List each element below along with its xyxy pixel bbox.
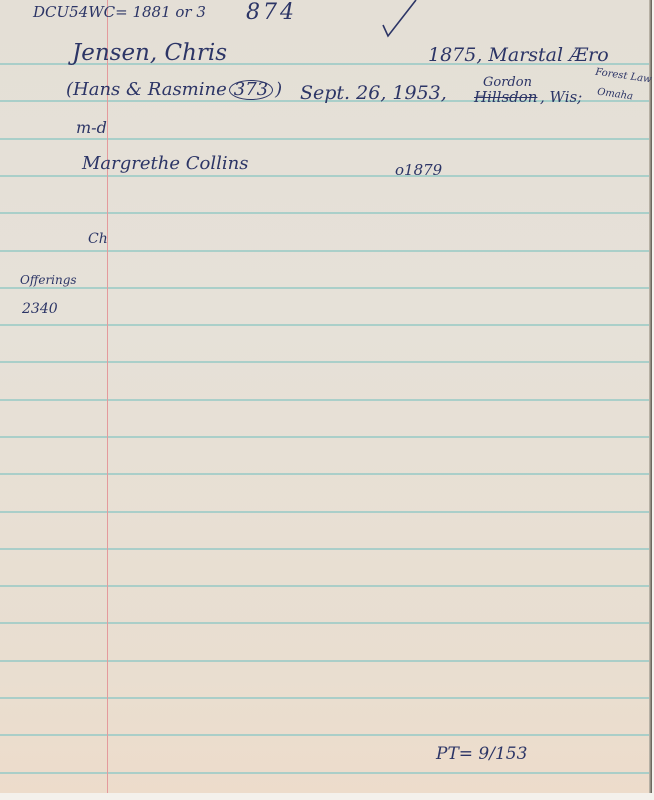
rule-line <box>0 548 652 550</box>
parents-close: ) <box>275 79 282 100</box>
death-date: Sept. 26, 1953, <box>300 84 447 103</box>
death-place-struck: Hillsdon <box>474 90 537 105</box>
page-edge-shadow <box>649 0 652 793</box>
spouse-name: Margrethe Collins <box>82 155 248 173</box>
rule-line <box>0 772 652 774</box>
parents-reference-circled: 373 <box>229 80 273 100</box>
header-code: DCU54WC= 1881 or 3 <box>33 5 206 20</box>
person-name: Jensen, Chris <box>72 42 227 65</box>
margin-note: Offerings <box>20 274 77 286</box>
children-label: Ch <box>88 232 108 246</box>
spouse-birth: o1879 <box>395 163 442 178</box>
birth-info: 1875, Marstal Æro <box>428 46 609 65</box>
rule-line <box>0 324 652 326</box>
rule-line <box>0 212 652 214</box>
record-number: 874 <box>246 2 297 24</box>
footer-note: PT= 9/153 <box>436 746 527 763</box>
rule-line <box>0 399 652 401</box>
parents-line: (Hans & Rasmine373) <box>66 80 282 100</box>
rule-line <box>0 697 652 699</box>
rule-line <box>0 585 652 587</box>
married-label: m-d <box>76 120 107 136</box>
rule-line <box>0 138 652 140</box>
burial-cemetery: Forest Lawn <box>595 68 652 87</box>
rule-line <box>0 473 652 475</box>
margin-note-number: 2340 <box>22 302 58 316</box>
rule-line <box>0 175 652 177</box>
notebook-page: DCU54WC= 1881 or 3 874 Jensen, Chris 187… <box>0 0 652 793</box>
rule-line <box>0 734 652 736</box>
rule-line <box>0 287 652 289</box>
red-margin-line <box>107 0 108 793</box>
rule-line <box>0 361 652 363</box>
rule-line <box>0 511 652 513</box>
death-state: , Wis; <box>540 90 582 105</box>
checkmark-icon <box>380 0 420 40</box>
rule-line <box>0 436 652 438</box>
rule-line <box>0 622 652 624</box>
parents-names: (Hans & Rasmine <box>66 79 227 100</box>
rule-line <box>0 250 652 252</box>
rule-line <box>0 660 652 662</box>
